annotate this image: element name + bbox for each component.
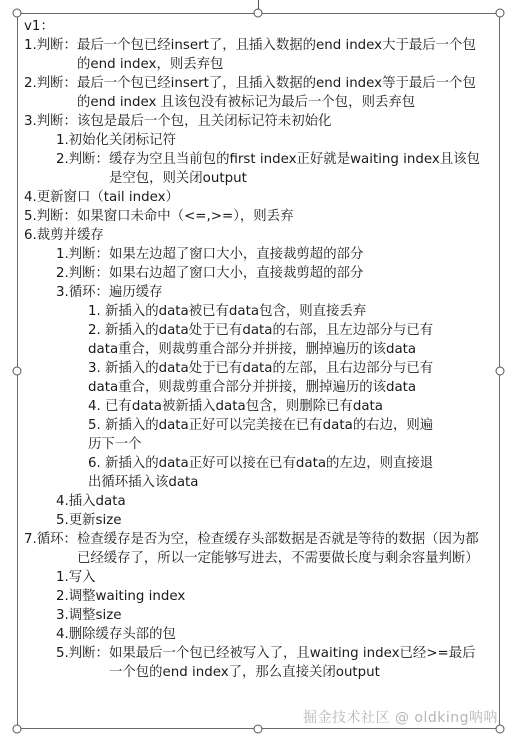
- list-item: 3. 循环：遍历缓存: [24, 283, 494, 302]
- item-text: 如果左边超了窗口大小，直接裁剪超的部分: [109, 245, 494, 264]
- item-text: 插入data: [69, 492, 494, 511]
- list-item: 1. 写入: [24, 568, 494, 587]
- item-text: 调整waiting index: [69, 587, 494, 606]
- list-item: 3. 新插入的data处于已有data的左部，且右边部分与已有: [24, 359, 494, 378]
- list-item: 3. 调整size: [24, 606, 494, 625]
- watermark: 掘金技术社区 @ oldking呐呐: [303, 707, 498, 727]
- item-number: 1.: [24, 36, 37, 74]
- item-text: 遍历缓存: [109, 283, 494, 302]
- list-item: 7. 循环：检查缓存是否为空，检查缓存头部数据是否就是等待的数据（因为都已经缓存…: [24, 530, 494, 568]
- item-label: 判断：: [69, 245, 109, 264]
- list-item: 3. 判断：该包是最后一个包，且关闭标记符未初始化: [24, 112, 494, 131]
- item-number: 4.: [56, 625, 69, 644]
- list-item: 5. 判断：如果窗口未命中（<=,>=），则丢弃: [24, 207, 494, 226]
- item-text: 调整size: [69, 606, 494, 625]
- list-item: 4. 已有data被新插入data包含，则删除已有data: [24, 397, 494, 416]
- list-item: 5. 新插入的data正好可以完美接在已有data的右边，则遍: [24, 416, 494, 435]
- list-item: 4. 插入data: [24, 492, 494, 511]
- list-item: 2. 调整waiting index: [24, 587, 494, 606]
- item-number: 6.: [24, 226, 37, 245]
- resize-handle-bottom-left[interactable]: [13, 725, 22, 734]
- item-number: 2.: [24, 74, 37, 112]
- item-number: 1.: [56, 568, 69, 587]
- item-text: 缓存为空且当前包的first index正好就是waiting index且该包…: [109, 150, 484, 188]
- item-label: 判断：: [37, 74, 77, 112]
- text-box-content[interactable]: v1： 1. 判断：最后一个包已经insert了，且插入数据的end index…: [24, 17, 494, 682]
- list-item-continuation: 出循环插入该data: [24, 473, 494, 492]
- list-item: 2. 判断：最后一个包已经insert了，且插入数据的end index等于最后…: [24, 74, 494, 112]
- title: v1：: [24, 17, 494, 36]
- item-text: 初始化关闭标记符: [69, 131, 494, 150]
- item-number: 7.: [24, 530, 37, 568]
- item-number: 5.: [56, 511, 69, 530]
- list-item: 1. 初始化关闭标记符: [24, 131, 494, 150]
- item-number: 2.: [56, 150, 69, 188]
- list-item: 2. 判断：缓存为空且当前包的first index正好就是waiting in…: [24, 150, 494, 188]
- item-text: 删除缓存头部的包: [69, 625, 494, 644]
- item-number: 1.: [56, 131, 69, 150]
- list-item: 6. 裁剪并缓存: [24, 226, 494, 245]
- list-item: 5. 更新size: [24, 511, 494, 530]
- list-item: 1. 判断：最后一个包已经insert了，且插入数据的end index大于最后…: [24, 36, 494, 74]
- item-label: 判断：: [69, 644, 109, 682]
- item-number: 5.: [24, 207, 37, 226]
- item-number: 3.: [24, 112, 37, 131]
- item-text: 如果窗口未命中（<=,>=），则丢弃: [77, 207, 494, 226]
- resize-handle-middle-left[interactable]: [13, 367, 22, 376]
- item-text: 最后一个包已经insert了，且插入数据的end index大于最后一个包的en…: [77, 36, 487, 74]
- list-item: 5. 判断：如果最后一个包已经被写入了，且waiting index已经>=最后…: [24, 644, 494, 682]
- item-text: 检查缓存是否为空，检查缓存头部数据是否就是等待的数据（因为都已经缓存了，所以一定…: [77, 530, 485, 568]
- list-item: 1. 新插入的data被已有data包含，则直接丢弃: [24, 302, 494, 321]
- item-text: 最后一个包已经insert了，且插入数据的end index等于最后一个包的en…: [77, 74, 487, 112]
- item-label: 循环：: [37, 530, 77, 568]
- item-text: 如果右边超了窗口大小，直接裁剪超的部分: [109, 264, 494, 283]
- list-item: 2. 判断：如果右边超了窗口大小，直接裁剪超的部分: [24, 264, 494, 283]
- item-number: 4.: [56, 492, 69, 511]
- resize-handle-bottom-center[interactable]: [254, 725, 263, 734]
- list-item: 2. 新插入的data处于已有data的右部，且左边部分与已有: [24, 321, 494, 340]
- item-label: 判断：: [37, 112, 77, 131]
- list-item-continuation: data重合，则裁剪重合部分并拼接，删掉遍历的该data: [24, 378, 494, 397]
- item-number: 3.: [56, 283, 69, 302]
- item-label: 循环：: [69, 283, 109, 302]
- list-item-continuation: 历下一个: [24, 435, 494, 454]
- list-item: 4. 更新窗口（tail index）: [24, 188, 494, 207]
- item-number: 2.: [56, 587, 69, 606]
- item-text: 该包是最后一个包，且关闭标记符未初始化: [77, 112, 494, 131]
- item-number: 3.: [56, 606, 69, 625]
- item-text: 更新窗口（tail index）: [37, 188, 494, 207]
- item-label: 判断：: [37, 36, 77, 74]
- resize-handle-top-right[interactable]: [496, 9, 505, 18]
- list-item: 4. 删除缓存头部的包: [24, 625, 494, 644]
- item-number: 5.: [56, 644, 69, 682]
- item-label: 判断：: [69, 150, 109, 188]
- resize-handle-middle-right[interactable]: [496, 367, 505, 376]
- item-text: 如果最后一个包已经被写入了，且waiting index已经>=最后一个包的en…: [109, 644, 484, 682]
- item-text: 更新size: [69, 511, 494, 530]
- list-item: 1. 判断：如果左边超了窗口大小，直接裁剪超的部分: [24, 245, 494, 264]
- item-label: 判断：: [69, 264, 109, 283]
- item-number: 4.: [24, 188, 37, 207]
- item-number: 2.: [56, 264, 69, 283]
- item-text: 写入: [69, 568, 494, 587]
- resize-handle-top-left[interactable]: [13, 9, 22, 18]
- item-number: 1.: [56, 245, 69, 264]
- list-item-continuation: data重合，则裁剪重合部分并拼接，删掉遍历的该data: [24, 340, 494, 359]
- list-item: 6. 新插入的data正好可以接在已有data的左边，则直接退: [24, 454, 494, 473]
- item-label: 判断：: [37, 207, 77, 226]
- item-text: 裁剪并缓存: [37, 226, 494, 245]
